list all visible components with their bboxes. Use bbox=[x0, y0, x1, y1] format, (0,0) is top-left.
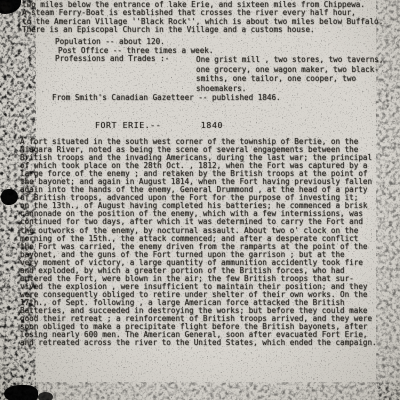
heading-year: 1840 bbox=[201, 120, 223, 130]
section-heading: FORT ERIE.-- 1840 bbox=[95, 120, 223, 130]
ink-blob-bottom-left-2 bbox=[38, 392, 53, 400]
professions-list: One grist mill , two stores, two taverns… bbox=[196, 55, 383, 93]
source-citation: From Smith's Canadian Gazetteer -- publi… bbox=[52, 94, 281, 102]
professions-label: Professions and Trades :- bbox=[55, 55, 169, 63]
ink-blob-left-edge bbox=[1, 189, 18, 205]
scanned-document-page: two miles below the entrance of lake Eri… bbox=[0, 0, 400, 400]
ink-blob-bottom-left bbox=[4, 385, 38, 400]
heading-title: FORT ERIE.-- bbox=[95, 120, 161, 130]
body-paragraph: A fort situated in the south west corner… bbox=[20, 138, 377, 347]
intro-paragraph: two miles below the entrance of lake Eri… bbox=[22, 1, 383, 35]
smudge-top-left bbox=[0, 0, 11, 12]
